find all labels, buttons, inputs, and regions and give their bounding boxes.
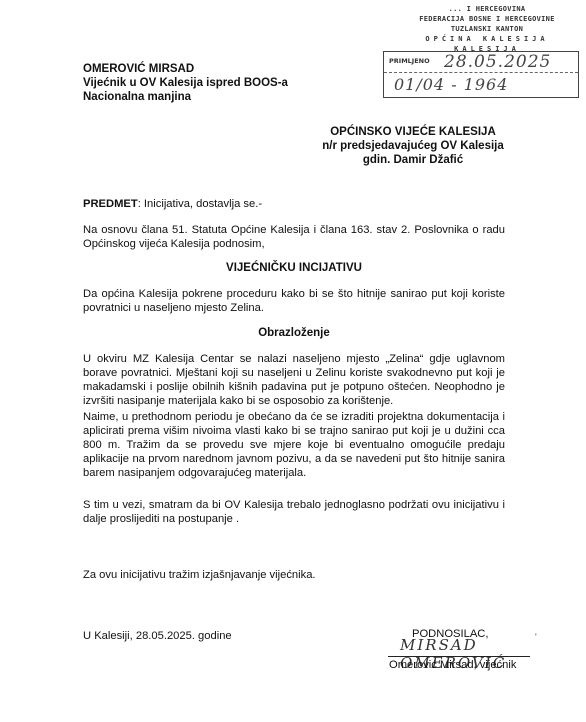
stamp-line: ... I HERCEGOVINA — [392, 4, 582, 14]
explanation-heading: Obrazloženje — [83, 327, 505, 339]
subject-label: PREDMET — [83, 198, 138, 210]
signature-line — [388, 656, 530, 657]
subject-text: : Inicijativa, dostavlja se.- — [138, 198, 262, 210]
reference-number: 01/04 - 1964 — [394, 75, 508, 94]
explanation-paragraph-2: Naime, u prethodnom periodu je obećano d… — [83, 410, 505, 480]
signature-name: Omerović Mirsad, vijećnik — [389, 659, 516, 671]
recipient-line: gdin. Damir Džafić — [302, 153, 524, 167]
explanation-paragraph-1: U okviru MZ Kalesija Centar se nalazi na… — [83, 352, 505, 408]
stamp-line: OPĆINA KALESIJA — [392, 34, 582, 44]
recipient-line: OPĆINSKO VIJEĆE KALESIJA — [302, 125, 524, 139]
received-stamp-box: PRIMLJENO 28.05.2025 01/04 - 1964 — [383, 51, 579, 98]
recipient-line: n/r predsjedavajućeg OV Kalesija — [302, 139, 524, 153]
pen-mark: ʹ — [535, 632, 537, 642]
sender-name: OMEROVIĆ MIRSAD — [83, 62, 288, 76]
municipal-stamp-header: ... I HERCEGOVINA FEDERACIJA BOSNE I HER… — [392, 4, 582, 54]
stamp-line: FEDERACIJA BOSNE I HERCEGOVINE — [392, 14, 582, 24]
place-date: U Kalesiji, 28.05.2025. godine — [83, 630, 232, 642]
stamp-received-row: PRIMLJENO 28.05.2025 — [384, 52, 578, 73]
initiative-paragraph: Da općina Kalesija pokrene proceduru kak… — [83, 287, 505, 315]
sender-group: Nacionalna manjina — [83, 90, 288, 104]
sender-role: Vijećnik u OV Kalesija ispred BOOS-a — [83, 76, 288, 90]
subject-line: PREDMET: Inicijativa, dostavlja se.- — [83, 197, 505, 211]
sender-block: OMEROVIĆ MIRSAD Vijećnik u OV Kalesija i… — [83, 62, 288, 104]
intro-paragraph: Na osnovu člana 51. Statuta Općine Kales… — [83, 223, 505, 251]
stamp-line: TUZLANSKI KANTON — [392, 24, 582, 34]
conclusion-paragraph: S tim u vezi, smatram da bi OV Kalesija … — [83, 498, 505, 526]
recipient-block: OPĆINSKO VIJEĆE KALESIJA n/r predsjedava… — [302, 125, 524, 167]
received-date: 28.05.2025 — [444, 52, 551, 72]
initiative-heading: VIJEĆNIČKU INCIJATIVU — [83, 262, 505, 274]
request-paragraph: Za ovu inicijativu tražim izjašnjavanje … — [83, 568, 505, 582]
received-label: PRIMLJENO — [389, 57, 430, 65]
